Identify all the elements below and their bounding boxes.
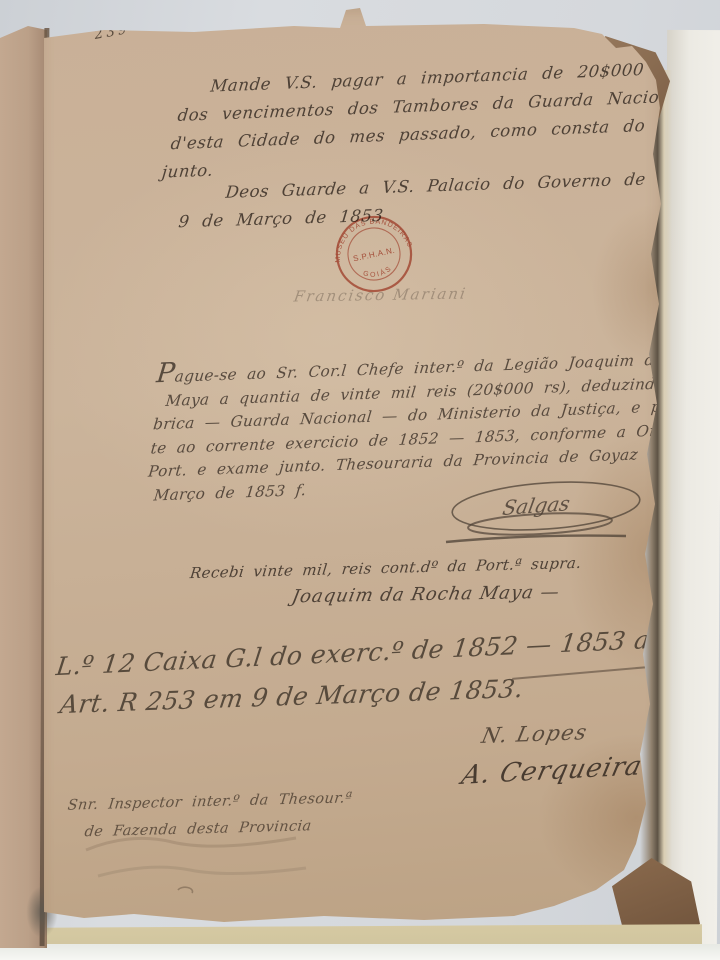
receipt-line: Recebi vinte mil, reis cont.dº da Port.ª… xyxy=(189,554,582,582)
faint-pencil-scribbles xyxy=(74,824,404,912)
ledger-entry-line: Art. R 253 em 9 de Março de 1853. xyxy=(58,674,526,719)
ledger-underline xyxy=(512,666,648,680)
table-surface xyxy=(0,944,720,960)
stamp-center-text: S.P.H.A.N. xyxy=(352,246,396,264)
clerk-signature: N. Lopes xyxy=(479,720,590,748)
pencil-mark xyxy=(178,887,192,893)
pencil-scribble xyxy=(86,838,296,850)
ledger-entry-line: L.º 12 Caixa G.l do exerc.º de 1852 — 18… xyxy=(54,622,719,681)
receipt-signature: Joaquim da Rocha Maya — xyxy=(290,582,562,608)
clerk-signature: A. Cerqueira xyxy=(459,751,646,791)
page-number: 239 xyxy=(93,21,131,43)
rubric-stroke xyxy=(446,536,626,542)
faint-signature: Francisco Mariani xyxy=(293,284,469,305)
pencil-scribble xyxy=(98,867,306,876)
archive-photo: 239 Mande V.S. pagar a importancia de 20… xyxy=(0,0,720,960)
rubric-flourish-signature: Salgas xyxy=(440,476,654,550)
manuscript-page: 239 Mande V.S. pagar a importancia de 20… xyxy=(44,4,674,950)
rubric-name: Salgas xyxy=(501,491,572,520)
